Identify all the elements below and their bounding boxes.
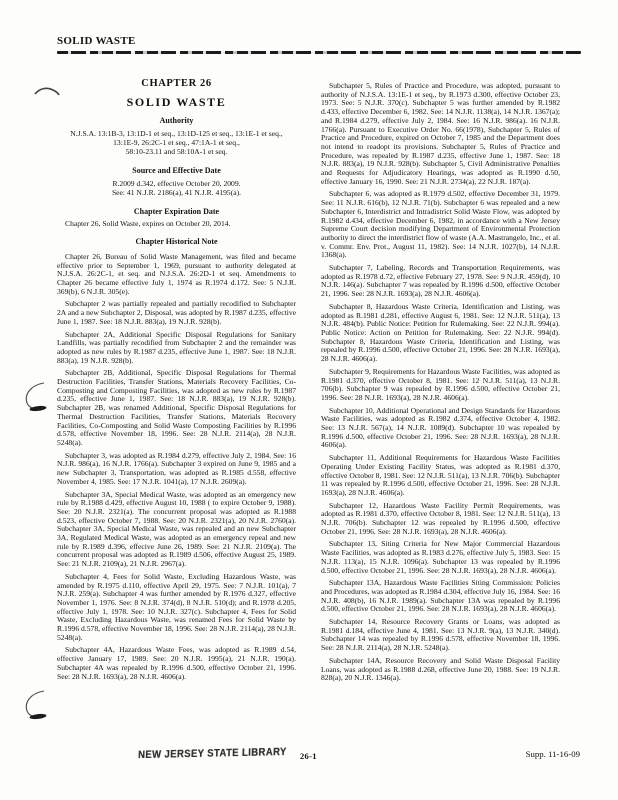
- header-rule: [57, 51, 581, 54]
- historical-note-paragraph: Subchapter 13, Siting Criteria for New M…: [321, 540, 560, 575]
- historical-note-paragraph: Chapter 26, Bureau of Solid Waste Manage…: [57, 253, 296, 297]
- historical-note-paragraph: Subchapter 14, Resource Recovery Grants …: [321, 618, 560, 653]
- source-effective-date-heading: Source and Effective Date: [57, 167, 296, 176]
- chapter-expiration-body: Chapter 26, Solid Waste, expires on Octo…: [57, 220, 296, 229]
- historical-note-paragraph: Subchapter 7, Labeling, Records and Tran…: [321, 264, 560, 299]
- authority-line: 58:10-23.11 and 58:10A-1 et seq.: [57, 147, 296, 156]
- running-header: SOLID WASTE: [57, 31, 581, 54]
- historical-note-paragraph: Subchapter 4A, Hazardous Waste Fees, was…: [57, 646, 296, 681]
- ink-mark-icon: [21, 688, 51, 722]
- chapter-title: SOLID WASTE: [57, 98, 296, 107]
- historical-note-paragraph: Subchapter 11, Additional Requirements f…: [321, 454, 560, 498]
- authority-line: N.J.S.A. 13:1B-3, 13:1D-1 et seq., 13:1D…: [57, 129, 296, 138]
- library-stamp: NEW JERSEY STATE LIBRARY: [138, 746, 287, 762]
- historical-note-paragraph: Subchapter 8, Hazardous Waste Criteria, …: [321, 303, 560, 364]
- historical-note-paragraph: Subchapter 13A, Hazardous Waste Faciliti…: [321, 579, 560, 614]
- source-line: See: 41 N.J.R. 2186(a), 41 N.J.R. 4195(a…: [57, 188, 296, 197]
- historical-note-paragraph: Subchapter 2A, Additional Specific Dispo…: [57, 331, 296, 366]
- historical-note-paragraph: Subchapter 12, Hazardous Waste Facility …: [321, 502, 560, 537]
- page-footer: NEW JERSEY STATE LIBRARY 26-1 Supp. 11-1…: [0, 746, 618, 776]
- supplement-date: Supp. 11-16-09: [526, 749, 580, 759]
- chapter-number-heading: CHAPTER 26: [57, 80, 296, 89]
- historical-note-heading: Chapter Historical Note: [57, 238, 296, 247]
- running-header-title: SOLID WASTE: [57, 35, 136, 47]
- historical-note-paragraph: Subchapter 6, was adopted as R.1979 d.50…: [321, 190, 560, 260]
- historical-note-paragraph: Subchapter 10, Additional Operational an…: [321, 407, 560, 451]
- historical-note-paragraph: Subchapter 3, was adopted as R.1984 d.27…: [57, 452, 296, 487]
- source-effective-date: R.2009 d.342, effective October 20, 2009…: [57, 179, 296, 197]
- authority-heading: Authority: [57, 117, 296, 126]
- page-number: 26-1: [300, 751, 317, 761]
- historical-note-paragraph: Subchapter 3A, Special Medical Waste, wa…: [57, 491, 296, 569]
- historical-note-paragraph: Subchapter 2B, Additional, Specific Disp…: [57, 369, 296, 447]
- historical-note-paragraph: Subchapter 4, Fees for Solid Waste, Excl…: [57, 573, 296, 643]
- ink-mark-icon: [21, 380, 51, 414]
- left-column: CHAPTER 26 SOLID WASTE Authority N.J.S.A…: [57, 72, 296, 685]
- historical-note-paragraph: Subchapter 5, Rules of Practice and Proc…: [321, 82, 560, 186]
- historical-note-paragraph: Subchapter 14A, Resource Recovery and So…: [321, 657, 560, 683]
- authority-line: 13:1E-9, 26:2C-1 et seq., 47:1A-1 et seq…: [57, 138, 296, 147]
- document-page: SOLID WASTE CHAPTER 26 SOLID WASTE Autho…: [0, 0, 618, 800]
- source-line: R.2009 d.342, effective October 20, 2009…: [57, 179, 296, 188]
- historical-note-paragraph: Subchapter 2 was partially repealed and …: [57, 300, 296, 326]
- historical-note-paragraph: Subchapter 9, Requirements for Hazardous…: [321, 368, 560, 403]
- authority-citation: N.J.S.A. 13:1B-3, 13:1D-1 et seq., 13:1D…: [57, 129, 296, 156]
- chapter-expiration-heading: Chapter Expiration Date: [57, 208, 296, 217]
- right-column: Subchapter 5, Rules of Practice and Proc…: [321, 82, 560, 687]
